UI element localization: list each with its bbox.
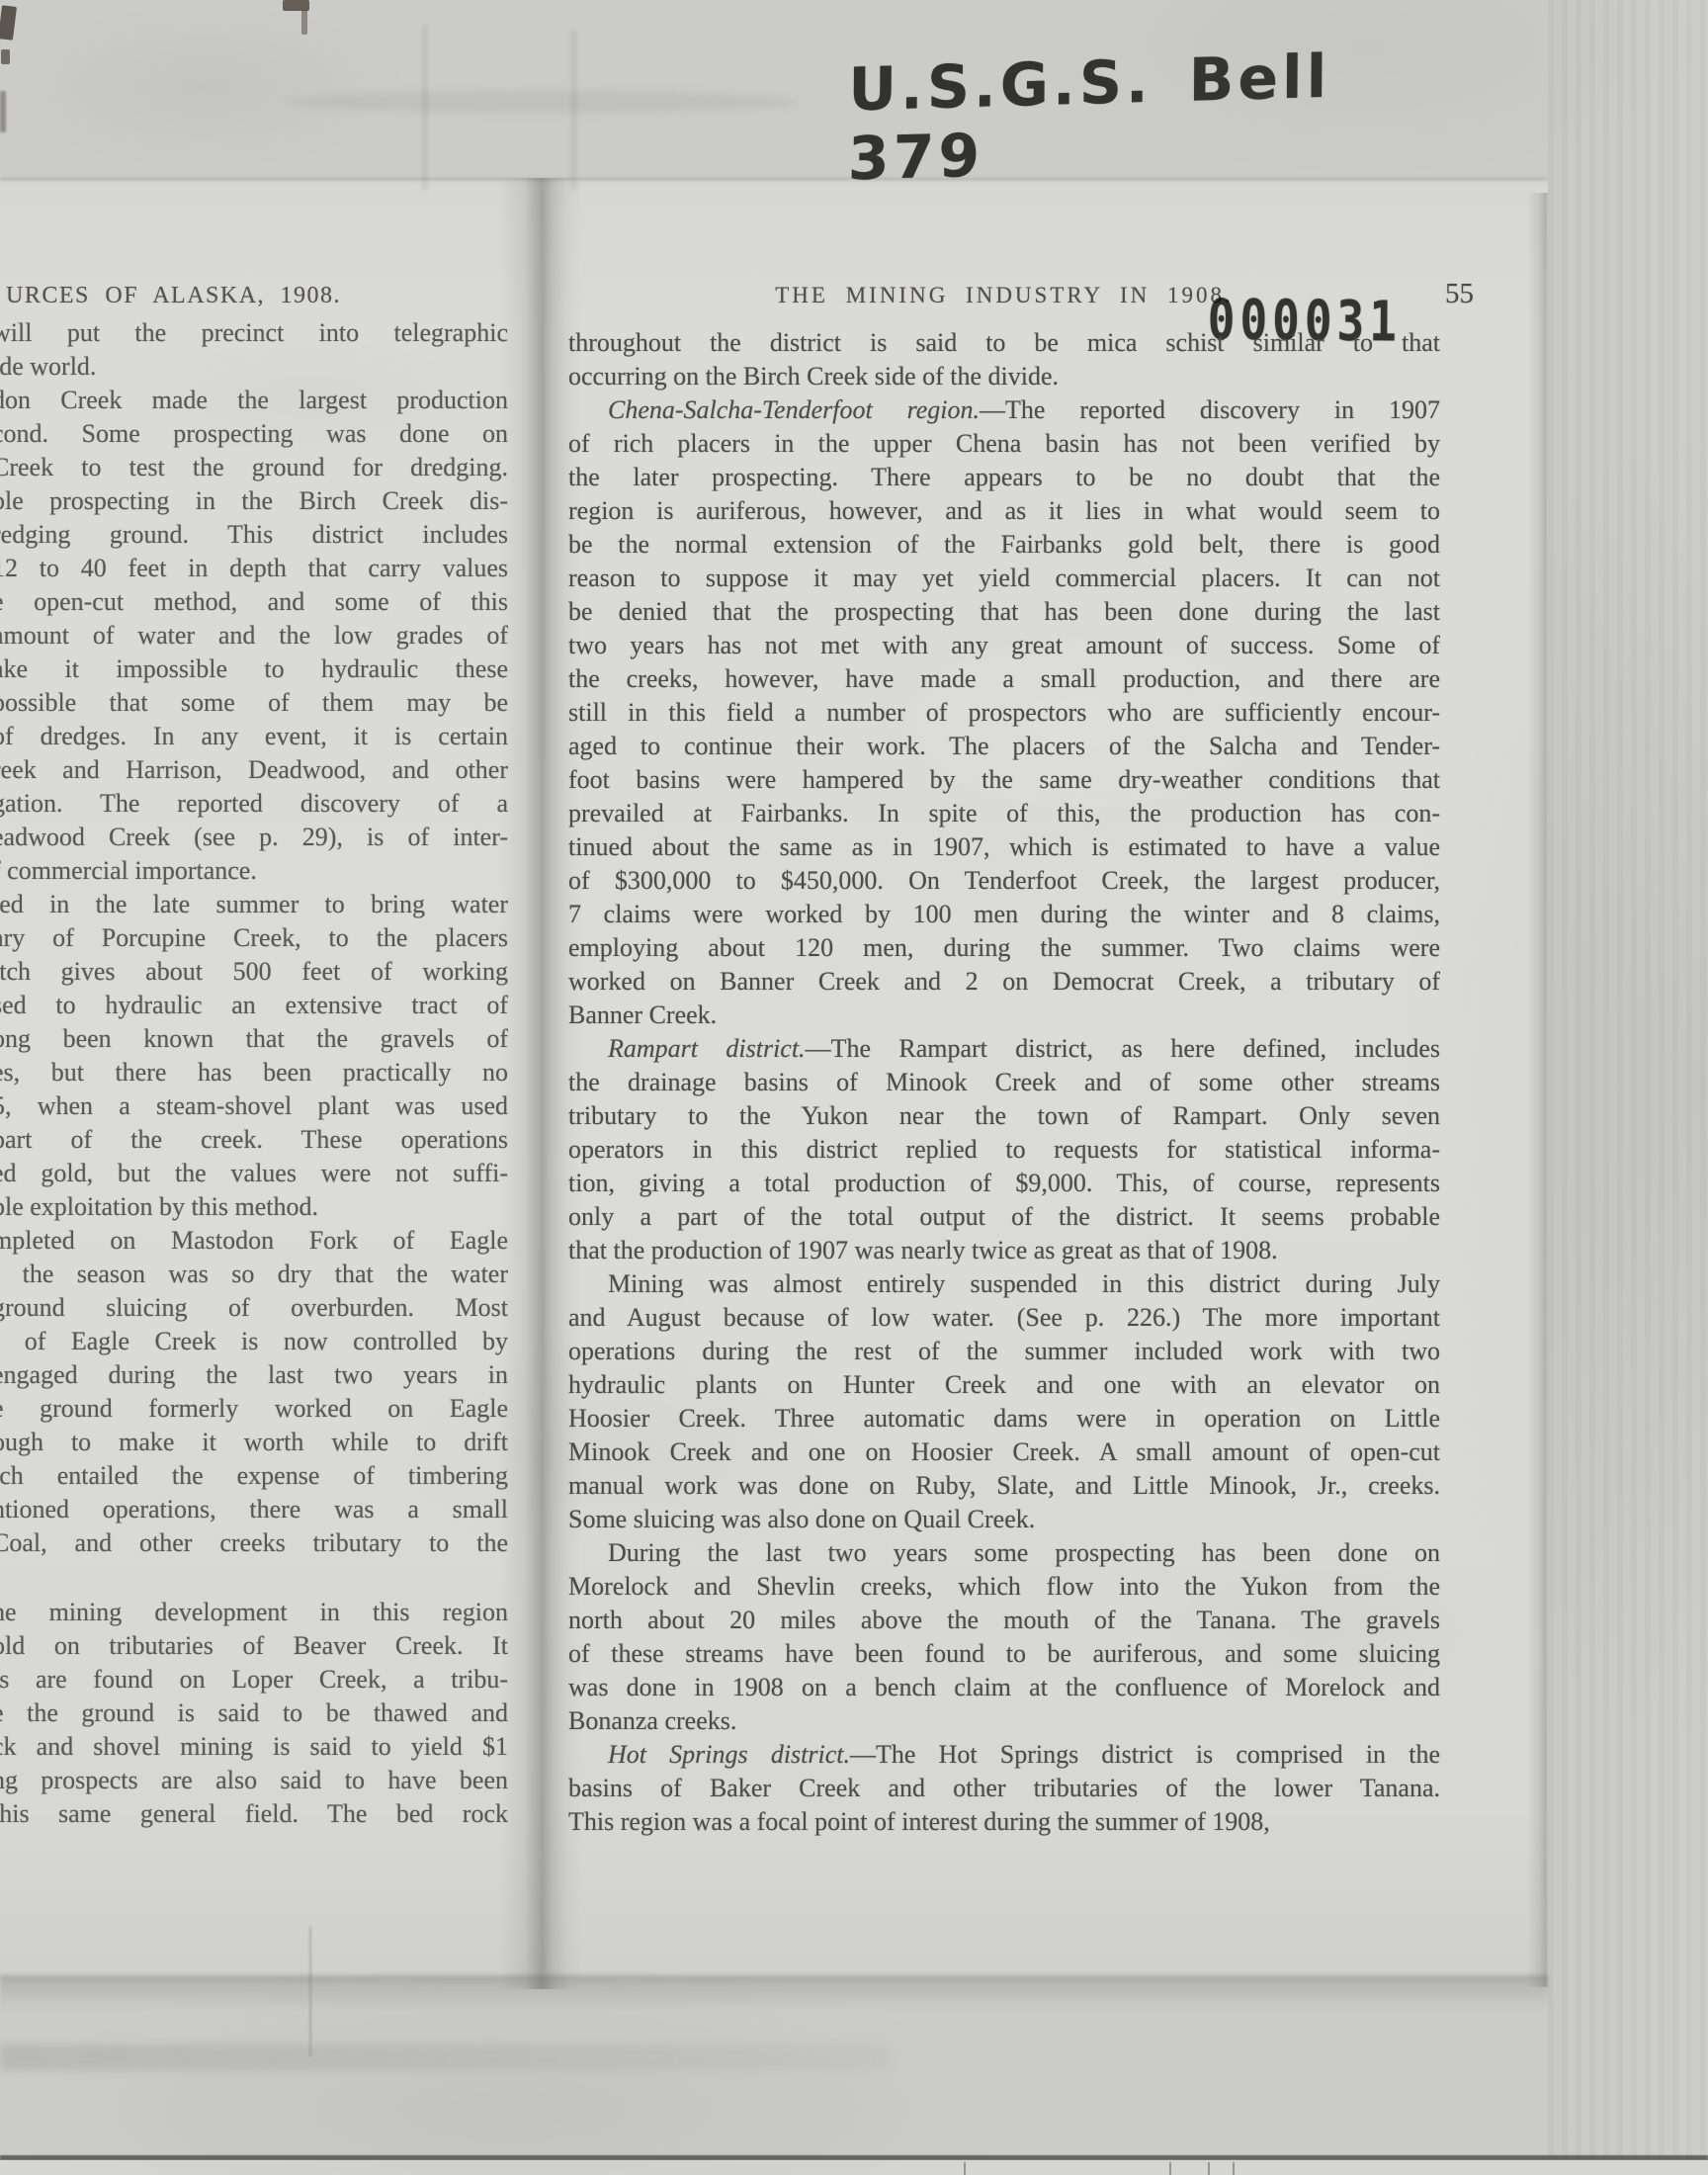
text-line: mpleted on Mastodon Fork of Eagle [0,1224,508,1258]
edge-tick [964,2162,966,2175]
text-line: this same general field. The bed rock [0,1797,508,1831]
text-line: ough to make it worth while to drift [0,1426,508,1459]
text-line: During the last two years some prospecti… [568,1536,1440,1570]
text-line: throughout the district is said to be mi… [568,326,1440,360]
scanned-book-page: U.S.G.S. Bell 379 URCES OF ALASKA, 1908.… [0,0,1708,2175]
text-line: ted in the late summer to bring water [0,888,508,921]
page-number: 55 [1445,278,1474,310]
edge-tick [1169,2162,1171,2175]
text-line: of dredges. In any event, it is certain [0,720,508,753]
text-line: part of the creek. These operations [0,1123,508,1157]
text-line: Some sluicing was also done on Quail Cre… [568,1503,1440,1536]
text-line: of these streams have been found to be a… [568,1637,1440,1671]
text-line: f commercial importance. [0,854,508,888]
edge-ink-mark [301,10,307,35]
text-line: only a part of the total output of the d… [568,1200,1440,1234]
text-line: ground sluicing of overburden. Most [0,1291,508,1325]
right-page-edge-shadow [1527,193,1549,1987]
text-line: engaged during the last two years in [0,1358,508,1392]
text-line: ts are found on Loper Creek, a tribu- [0,1663,508,1696]
scanner-background-right [1548,0,1708,2175]
edge-ink-mark [0,91,6,132]
text-line: eadwood Creek (see p. 29), is of inter- [0,821,508,854]
text-line: Morelock and Shevlin creeks, which flow … [568,1570,1440,1604]
text-line: itch gives about 500 feet of working [0,955,508,989]
section-lead-italic: Chena-Salcha-Tenderfoot region. [608,395,980,424]
handwritten-annotation: U.S.G.S. Bell 379 [848,40,1442,195]
text-line: tributary to the Yukon near the town of … [568,1099,1440,1133]
text-line: be denied that the prospecting that has … [568,595,1440,629]
text-line: prevailed at Fairbanks. In spite of this… [568,797,1440,830]
edge-ink-mark [1,49,10,64]
text-line: Rampart district.—The Rampart district, … [568,1032,1440,1066]
text-line: ntioned operations, there was a small [0,1493,508,1526]
text-line: ary of Porcupine Creek, to the placers [0,921,508,955]
edge-tick [1233,2162,1235,2175]
text-line: the creeks, however, have made a small p… [568,662,1440,696]
text-line: and August because of low water. (See p.… [568,1301,1440,1335]
text-line: tion, giving a total production of $9,00… [568,1167,1440,1200]
text-line: 5, when a steam-shovel plant was used [0,1089,508,1123]
text-line: the drainage basins of Minook Creek and … [568,1066,1440,1099]
text-line: employing about 120 men, during the summ… [568,931,1440,965]
text-line: cond. Some prospecting was done on [0,417,508,451]
text-line: operations during the rest of the summer… [568,1335,1440,1368]
text-line: ich entailed the expense of timbering [0,1459,508,1493]
text-line: es, but there has been practically no [0,1056,508,1089]
text-line: redging ground. This district includes [0,518,508,552]
page-bottom-shadow [0,1975,1548,2009]
text-line: ng prospects are also said to have been [0,1764,508,1797]
text-line: ck and shovel mining is said to yield $1 [0,1730,508,1764]
text-line: gation. The reported discovery of a [0,787,508,821]
text-line: ble prospecting in the Birch Creek dis- [0,484,508,518]
text-line: basins of Baker Creek and other tributar… [568,1772,1440,1805]
text-line: be the normal extension of the Fairbanks… [568,528,1440,562]
text-line: t of Eagle Creek is now controlled by [0,1325,508,1358]
text-line: ed gold, but the values were not suffi- [0,1157,508,1190]
text-line: Minook Creek and one on Hoosier Creek. A… [568,1435,1440,1469]
text-line: Hoosier Creek. Three automatic dams were… [568,1402,1440,1435]
text-line: t the season was so dry that the water [0,1258,508,1291]
right-page-text-column: throughout the district is said to be mi… [568,326,1440,1839]
left-running-head: URCES OF ALASKA, 1908. [6,283,341,309]
text-line: sed to hydraulic an extensive tract of [0,989,508,1022]
text-line: of rich placers in the upper Chena basin… [568,427,1440,461]
text-line: was done in 1908 on a bench claim at the… [568,1671,1440,1704]
edge-ink-mark [0,5,17,41]
text-line: the later prospecting. There appears to … [568,461,1440,494]
text-line: reason to suppose it may yet yield comme… [568,562,1440,595]
edge-tick [1208,2162,1210,2175]
under-page-shadow [0,2044,890,2070]
text-line: north about 20 miles above the mouth of … [568,1604,1440,1637]
text-line: ide world. [0,350,508,384]
text-line: don Creek made the largest production [0,384,508,417]
text-line: This region was a focal point of interes… [568,1805,1440,1839]
text-line: that the production of 1907 was nearly t… [568,1234,1440,1267]
text-line: 7 claims were worked by 100 men during t… [568,898,1440,931]
text-line: reek and Harrison, Deadwood, and other [0,753,508,787]
text-line: Creek to test the ground for dredging. [0,451,508,484]
text-line: still in this field a number of prospect… [568,696,1440,730]
text-line: occurring on the Birch Creek side of the… [568,360,1440,393]
section-lead-italic: Rampart district. [608,1034,806,1063]
text-line: tinued about the same as in 1907, which … [568,830,1440,864]
text-line: manual work was done on Ruby, Slate, and… [568,1469,1440,1503]
bleed-through-smudge [287,91,801,113]
text-line: ong been known that the gravels of [0,1022,508,1056]
text-line: worked on Banner Creek and 2 on Democrat… [568,965,1440,999]
text-line: foot basins were hampered by the same dr… [568,763,1440,797]
text-line: operators in this district replied to re… [568,1133,1440,1167]
text-line: e open-cut method, and some of this [0,585,508,619]
text-line: Hot Springs district.—The Hot Springs di… [568,1738,1440,1772]
section-lead-italic: Hot Springs district. [608,1740,850,1769]
text-line: Bonanza creeks. [568,1704,1440,1738]
text-line: he mining development in this region [0,1596,508,1629]
left-page-text-column: will put the precinct into telegraphicid… [0,316,508,1831]
below-table-strip [0,2160,1708,2175]
text-line: two years has not met with any great amo… [568,629,1440,662]
text-line: old on tributaries of Beaver Creek. It [0,1629,508,1663]
text-line: possible that some of them may be [0,686,508,720]
text-line: ble exploitation by this method. [0,1190,508,1224]
text-line: Coal, and other creeks tributary to the [0,1526,508,1560]
text-line: aged to continue their work. The placers… [568,730,1440,763]
text-line: amount of water and the low grades of [0,619,508,652]
text-line: e the ground is said to be thawed and [0,1696,508,1730]
text-line: hydraulic plants on Hunter Creek and one… [568,1368,1440,1402]
text-line: Banner Creek. [568,999,1440,1032]
text-line: of $300,000 to $450,000. On Tenderfoot C… [568,864,1440,898]
text-line: region is auriferous, however, and as it… [568,494,1440,528]
text-line: Mining was almost entirely suspended in … [568,1267,1440,1301]
page-crease [309,1926,311,2056]
text-line: will put the precinct into telegraphic [0,316,508,350]
text-line: e ground formerly worked on Eagle [0,1392,508,1426]
text-line: 12 to 40 feet in depth that carry values [0,552,508,585]
text-line: Chena-Salcha-Tenderfoot region.—The repo… [568,393,1440,427]
text-line: ake it impossible to hydraulic these [0,652,508,686]
